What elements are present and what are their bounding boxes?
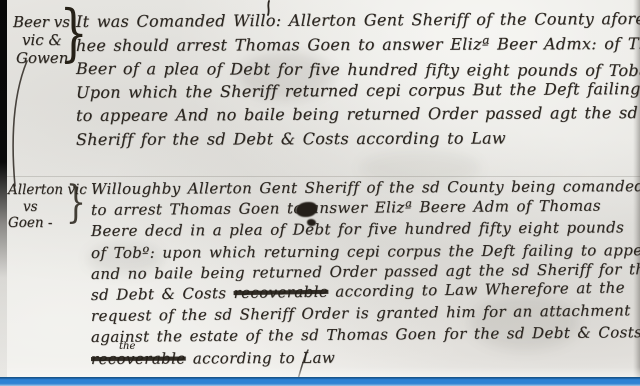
line-segment: sd Debt & Costs (91, 284, 234, 304)
manuscript-page: Beer vs vic & Gowen } It was Comanded Wi… (0, 0, 640, 386)
manuscript-line: Beere decd in a plea of Debt for five hu… (91, 217, 640, 242)
court-order-entry-2: Willoughby Allerton Gent Sheriff of the … (91, 179, 640, 370)
interlined-word: the (119, 341, 135, 352)
viewer-highlight-bar (0, 377, 640, 386)
pen-flourish (6, 58, 32, 190)
manuscript-line: It was Comanded Willo: Allerton Gent She… (76, 7, 640, 34)
line-segment: according to Law (186, 348, 336, 367)
struck-out-word: recoverable (233, 283, 328, 302)
manuscript-line: Sheriff for the sd Debt & Costs accordin… (76, 126, 640, 152)
manuscript-line: to appeare And no baile being returned O… (76, 101, 640, 128)
line-segment: according to Law Wherefore at the (328, 279, 625, 301)
struck-out-word: recoverable (91, 349, 186, 367)
bracket-glyph: } (66, 179, 86, 227)
manuscript-line: against the estate of the sd Thomas Goen… (91, 322, 640, 348)
court-order-entry-1: It was Comanded Willo: Allerton Gent She… (76, 10, 640, 152)
manuscript-line: hee should arrest Thomas Goen to answer … (76, 31, 640, 57)
manuscript-line: Upon which the Sheriff returned cepi cor… (76, 76, 640, 104)
page-bottom-fade (7, 367, 640, 377)
ink-blot (307, 219, 316, 226)
